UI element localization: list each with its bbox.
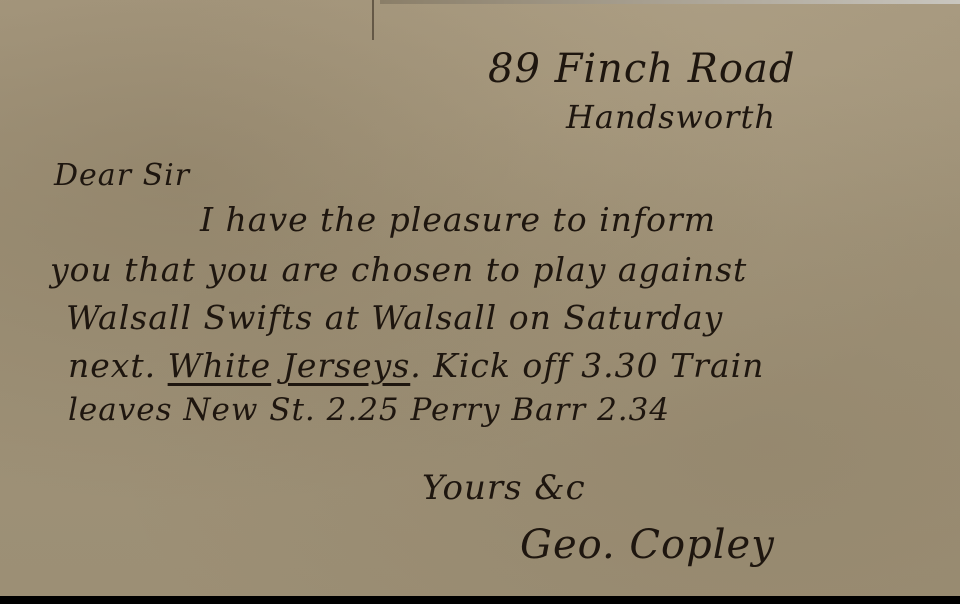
body-line-1: I have the pleasure to inform bbox=[200, 200, 716, 239]
body-line-4-pre: next. bbox=[68, 346, 168, 385]
letter-card: 89 Finch Road Handsworth Dear Sir I have… bbox=[0, 0, 960, 596]
jerseys-underlined: Jerseys bbox=[283, 346, 411, 385]
body-line-4-space bbox=[271, 346, 283, 385]
salutation: Dear Sir bbox=[54, 158, 190, 193]
paper-crease bbox=[372, 0, 374, 40]
body-line-5: leaves New St. 2.25 Perry Barr 2.34 bbox=[68, 392, 670, 428]
address-line-1: 89 Finch Road bbox=[488, 46, 795, 92]
body-line-2: you that you are chosen to play against bbox=[50, 250, 747, 289]
signature: Geo. Copley bbox=[520, 522, 775, 568]
body-line-3: Walsall Swifts at Walsall on Saturday bbox=[66, 298, 723, 337]
address-line-2: Handsworth bbox=[566, 98, 776, 136]
body-line-4-post: . Kick off 3.30 Train bbox=[410, 346, 764, 385]
white-underlined: White bbox=[168, 346, 272, 385]
card-top-edge bbox=[380, 0, 960, 4]
body-line-4: next. White Jerseys. Kick off 3.30 Train bbox=[68, 346, 764, 385]
bottom-black-bar bbox=[0, 596, 960, 604]
closing: Yours &c bbox=[422, 468, 586, 508]
